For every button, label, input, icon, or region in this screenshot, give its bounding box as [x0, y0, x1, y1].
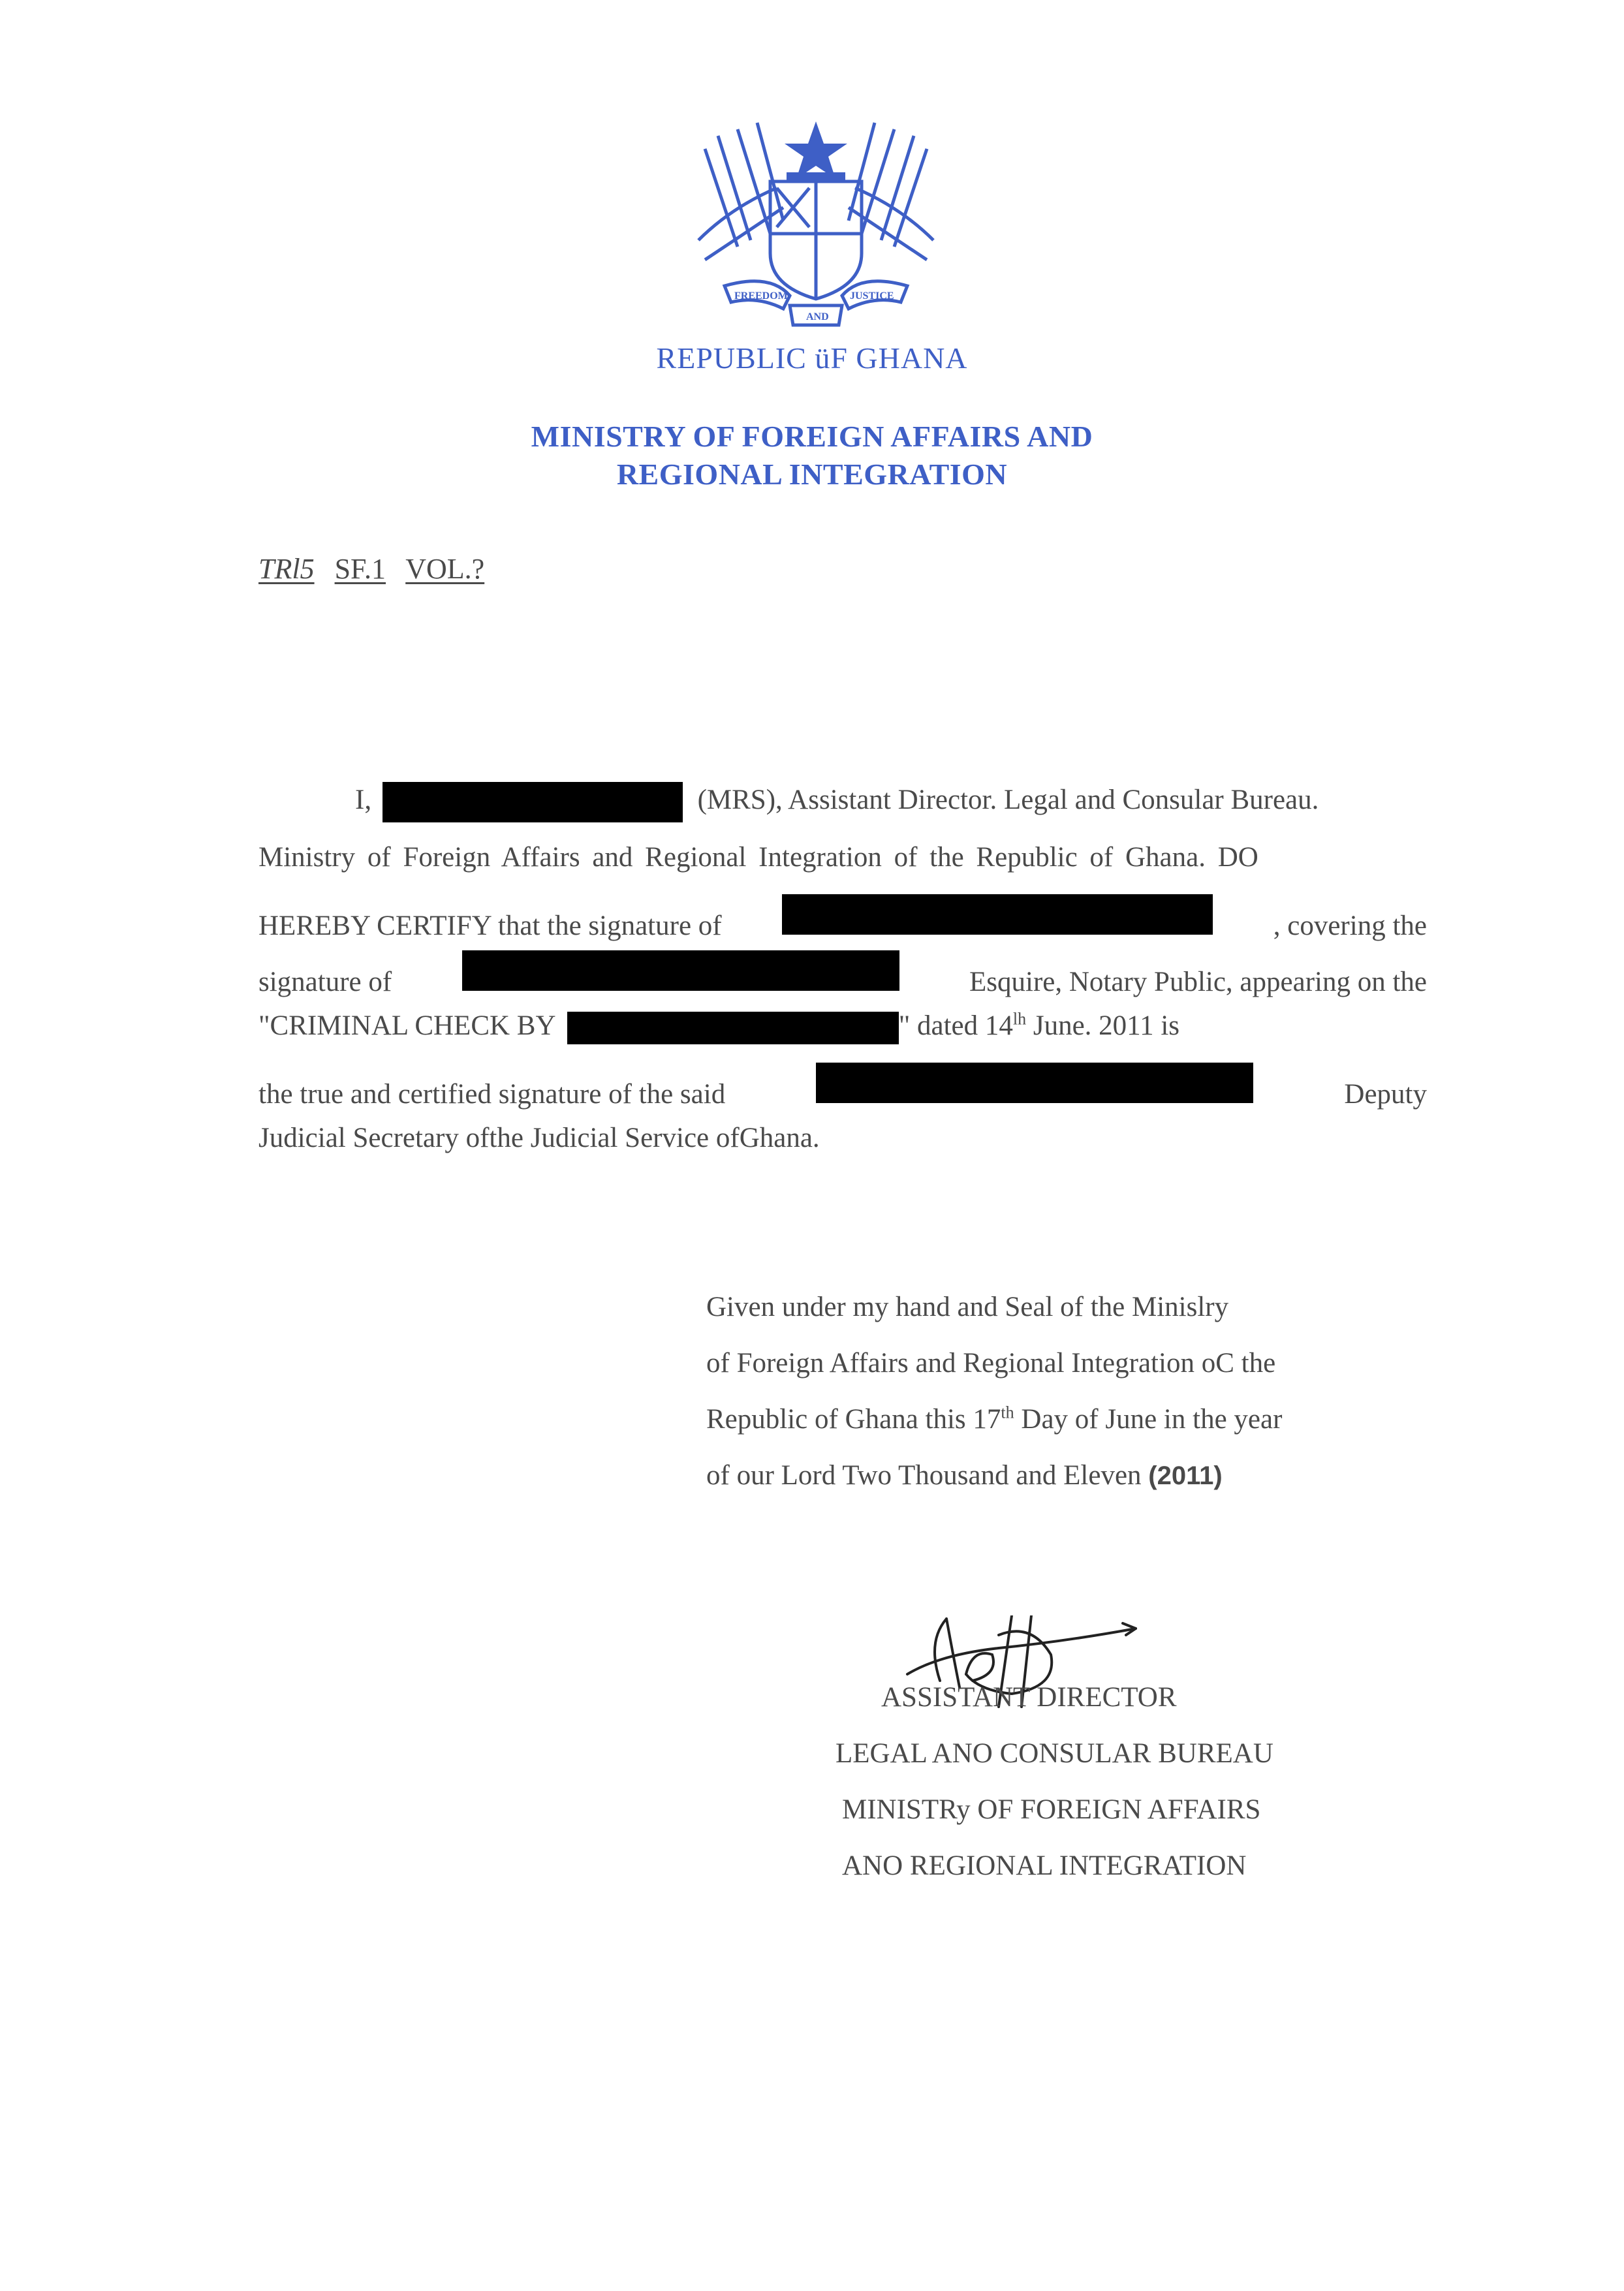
redacted-name — [462, 950, 899, 991]
given-under-hand-block: Given under my hand and Seal of the Mini… — [706, 1279, 1282, 1504]
body-line-4: signature of Esquire, Notary Public, app… — [258, 950, 1427, 990]
body-text: Deputy — [1344, 1075, 1427, 1114]
ordinal-suffix: th — [1001, 1403, 1014, 1422]
given-text: of our Lord Two Thousand and Eleven — [706, 1460, 1148, 1491]
body-line-5: "CRIMINAL CHECK BY " dated 14lh June. 20… — [258, 1006, 1427, 1046]
given-line: of our Lord Two Thousand and Eleven (201… — [706, 1448, 1282, 1504]
body-text: (MRS), Assistant Director. Legal and Con… — [698, 785, 1319, 815]
body-text: " dated 14 — [899, 1010, 1013, 1041]
body-text: "CRIMINAL CHECK BY — [258, 1010, 555, 1041]
year-numeral: (2011) — [1148, 1461, 1222, 1490]
redacted-name — [816, 1063, 1253, 1103]
given-text: Republic of Ghana this 17 — [706, 1404, 1001, 1435]
given-text: Day of June in the year — [1014, 1404, 1283, 1435]
body-line-7: Judicial Secretary ofthe Judicial Servic… — [258, 1119, 1427, 1158]
body-line-3: HEREBY CERTIFY that the signature of , c… — [258, 894, 1427, 933]
svg-text:JUSTICE: JUSTICE — [850, 290, 894, 302]
signatory-block: ASSISTANT DIRECTOR LEGAL ANO CONSULAR BU… — [835, 1670, 1273, 1894]
ministry-heading-line1: MINISTRY OF FOREIGN AFFAIRS AND — [0, 418, 1624, 456]
redacted-name — [567, 1012, 899, 1044]
body-line-2: Ministry of Foreign Affairs and Regional… — [258, 838, 1427, 877]
body-line-6: the true and certified signature of the … — [258, 1063, 1427, 1102]
svg-text:AND: AND — [806, 311, 829, 322]
republic-title: REPUBLIC üF GHANA — [0, 341, 1624, 375]
reference-sf: SF.1 — [335, 553, 386, 585]
given-line: Given under my hand and Seal of the Mini… — [706, 1279, 1282, 1335]
redacted-name — [383, 782, 683, 822]
body-line-1: I, (MRS), Assistant Director. Legal and … — [258, 781, 1427, 820]
signatory-ministry-cont: ANO REGIONAL INTEGRATION — [842, 1838, 1273, 1894]
redacted-name — [782, 894, 1213, 935]
ministry-heading: MINISTRY OF FOREIGN AFFAIRS AND REGIONAL… — [0, 418, 1624, 493]
ghana-coat-of-arms-icon: FREEDOM AND JUSTICE — [679, 110, 953, 332]
body-text: Esquire, Notary Public, appearing on the — [969, 963, 1427, 1002]
ministry-heading-line2: REGIONAL INTEGRATION — [0, 456, 1624, 493]
signatory-title: ASSISTANT DIRECTOR — [881, 1670, 1273, 1726]
signatory-bureau: LEGAL ANO CONSULAR BUREAU — [835, 1726, 1273, 1782]
body-text: , covering the — [1273, 907, 1427, 946]
given-line: Republic of Ghana this 17th Day of June … — [706, 1392, 1282, 1448]
file-reference: TRl5 SF.1 VOL.? — [258, 552, 497, 585]
ordinal-suffix: lh — [1013, 1010, 1026, 1029]
reference-code: TRl5 — [258, 553, 315, 585]
reference-volume: VOL.? — [405, 553, 484, 585]
signatory-ministry: MINISTRy OF FOREIGN AFFAIRS — [842, 1782, 1273, 1838]
body-text: signature of — [258, 963, 392, 1002]
given-line: of Foreign Affairs and Regional Integrat… — [706, 1335, 1282, 1392]
body-text: HEREBY CERTIFY that the signature of — [258, 907, 722, 946]
body-text: I, — [355, 785, 371, 815]
body-text: June. 2011 is — [1033, 1010, 1179, 1041]
svg-text:FREEDOM: FREEDOM — [734, 290, 788, 302]
body-text: the true and certified signature of the … — [258, 1075, 725, 1114]
